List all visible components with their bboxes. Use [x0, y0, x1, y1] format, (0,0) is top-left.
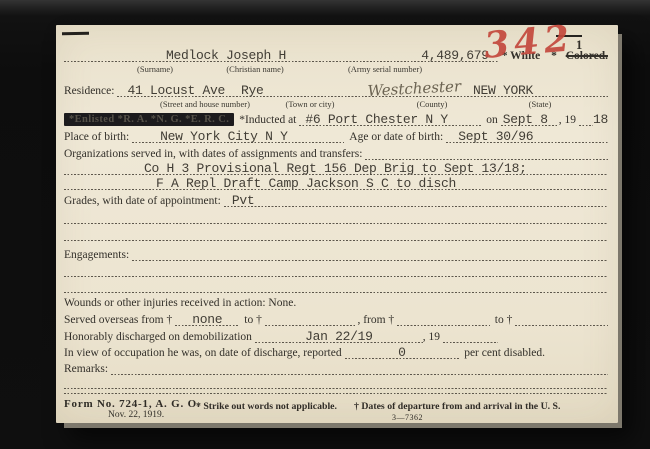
disability-row: In view of occupation he was, on date of…	[64, 344, 548, 359]
overseas-from1-value: none	[192, 313, 222, 326]
organizations-heading-row: Organizations served in, with dates of a…	[64, 145, 608, 160]
organizations-heading-line	[365, 145, 608, 160]
disability-label: In view of occupation he was, on date of…	[64, 348, 342, 360]
disability-value: 0	[398, 346, 406, 359]
blank-line-3	[64, 262, 608, 277]
overseas-label: Served overseas from †	[64, 315, 172, 327]
blank-line-4	[64, 278, 608, 293]
organizations-line-1: Co H 3 Provisional Regt 156 Dep Brig to …	[64, 160, 608, 175]
surname-label: (Surname)	[137, 64, 173, 74]
residence-line: 41 Locust Ave Rye Westchester NEW YORK	[117, 82, 608, 97]
town-label: (Town or city)	[286, 99, 335, 109]
overseas-from2-label: , from †	[357, 315, 394, 327]
induction-row: *Enlisted *R. A. *N. G. *E. R. C. *Induc…	[64, 111, 608, 126]
form-number: Form No. 724-1, A. G. O.	[64, 398, 201, 410]
birthplace-line: New York City N Y	[132, 128, 344, 143]
remarks-row: Remarks:	[64, 360, 608, 375]
corner-mark	[62, 32, 89, 35]
residence-label: Residence:	[64, 86, 114, 98]
service-record-card: 342 1 Medlock Joseph H 4,489,679 * White…	[56, 25, 618, 423]
blank-rule	[64, 262, 608, 277]
age-line: Sept 30/96	[446, 128, 608, 143]
year-19-label: , 19	[559, 115, 576, 127]
overseas-to1-line	[265, 311, 358, 326]
overseas-from2-line	[397, 311, 490, 326]
organizations-label: Organizations served in, with dates of a…	[64, 149, 362, 161]
overseas-row: Served overseas from † none to † , from …	[64, 311, 608, 326]
grades-label: Grades, with date of appointment:	[64, 196, 221, 208]
name-line: Medlock Joseph H 4,489,679	[64, 47, 499, 62]
field-labels-row-2: (Street and house number) (Town or city)…	[56, 99, 618, 109]
wounds-text: Wounds or other injuries received in act…	[64, 298, 296, 310]
print-code: 3—7362	[392, 413, 423, 422]
discharge-date-value: Jan 22/19	[305, 330, 373, 343]
dagger-note: † Dates of departure from and arrival in…	[354, 401, 560, 412]
blank-rule	[64, 379, 608, 394]
overseas-to2-line	[515, 311, 608, 326]
blank-rule	[64, 209, 608, 224]
street-label: (Street and house number)	[160, 99, 250, 109]
wounds-row: Wounds or other injuries received in act…	[64, 294, 608, 309]
inducted-at-label: *Inducted at	[239, 115, 296, 127]
disability-line: 0	[345, 344, 460, 359]
organizations-value-1: Co H 3 Provisional Regt 156 Dep Brig to …	[144, 162, 527, 175]
induction-year-value: 18	[593, 113, 608, 126]
induction-date-value: Sept 8	[503, 113, 548, 126]
engagements-row: Engagements:	[64, 246, 608, 261]
residence-county-value: Westchester	[367, 79, 461, 99]
struck-enlistment-options: *Enlisted *R. A. *N. G. *E. R. C.	[64, 113, 234, 127]
residence-row: Residence: 41 Locust Ave Rye Westchester…	[64, 82, 608, 97]
blank-rule	[64, 278, 608, 293]
blank-line-2	[64, 226, 608, 241]
year-line	[579, 111, 593, 126]
page-number: 1	[576, 35, 582, 53]
organizations-row-1: Co H 3 Provisional Regt 156 Dep Brig to …	[64, 160, 608, 175]
organizations-value-2: F A Repl Draft Camp Jackson S C to disch	[156, 177, 456, 190]
blank-line-1	[64, 209, 608, 224]
state-label: (State)	[529, 99, 552, 109]
age-value: Sept 30/96	[458, 130, 533, 143]
overseas-from1-line: none	[175, 311, 239, 326]
organizations-line-2: F A Repl Draft Camp Jackson S C to disch	[64, 175, 608, 190]
grades-line: Pvt	[224, 192, 608, 207]
engagements-label: Engagements:	[64, 250, 129, 262]
birth-row: Place of birth: New York City N Y Age or…	[64, 128, 608, 143]
induction-date-line: Sept 8	[501, 111, 559, 126]
discharge-row: Honorably discharged on demobilization J…	[64, 328, 498, 343]
discharge-label: Honorably discharged on demobilization	[64, 332, 252, 344]
strike-out-note: * Strike out words not applicable.	[196, 401, 337, 412]
discharge-date-line: Jan 22/19	[255, 328, 423, 343]
scan-background: 342 1 Medlock Joseph H 4,489,679 * White…	[0, 0, 650, 449]
field-labels-row-1: (Surname) (Christian name) (Army serial …	[56, 64, 618, 74]
red-annotation: 342	[482, 17, 575, 67]
county-label: (County)	[417, 99, 448, 109]
residence-state-value: NEW YORK	[473, 84, 533, 97]
serial-number-value: 4,489,679	[421, 49, 489, 62]
grades-row: Grades, with date of appointment: Pvt	[64, 192, 608, 207]
residence-town-value: Rye	[241, 84, 264, 97]
discharge-year-label: , 19	[423, 332, 440, 344]
form-date: Nov. 22, 1919.	[108, 410, 164, 420]
induction-place-line: #6 Port Chester N Y	[299, 111, 481, 126]
blank-rule	[64, 226, 608, 241]
discharge-year-line	[443, 328, 498, 343]
organizations-row-2: F A Repl Draft Camp Jackson S C to disch	[64, 175, 608, 190]
engagements-line	[132, 246, 608, 261]
disability-suffix: per cent disabled.	[464, 348, 545, 360]
place-of-birth-label: Place of birth:	[64, 132, 129, 144]
footer-rule	[64, 379, 608, 394]
overseas-to2-label: to †	[495, 315, 513, 327]
army-serial-label: (Army serial number)	[348, 64, 422, 74]
residence-street-value: 41 Locust Ave	[127, 84, 225, 97]
name-value: Medlock Joseph H	[166, 49, 286, 62]
on-label: on	[486, 115, 498, 127]
grades-value: Pvt	[232, 194, 255, 207]
induction-place-value: #6 Port Chester N Y	[305, 113, 448, 126]
overseas-to1-label: to †	[244, 315, 262, 327]
remarks-line	[111, 360, 608, 375]
age-label: Age or date of birth:	[349, 132, 443, 144]
birthplace-value: New York City N Y	[160, 130, 288, 143]
christian-name-label: (Christian name)	[226, 64, 283, 74]
